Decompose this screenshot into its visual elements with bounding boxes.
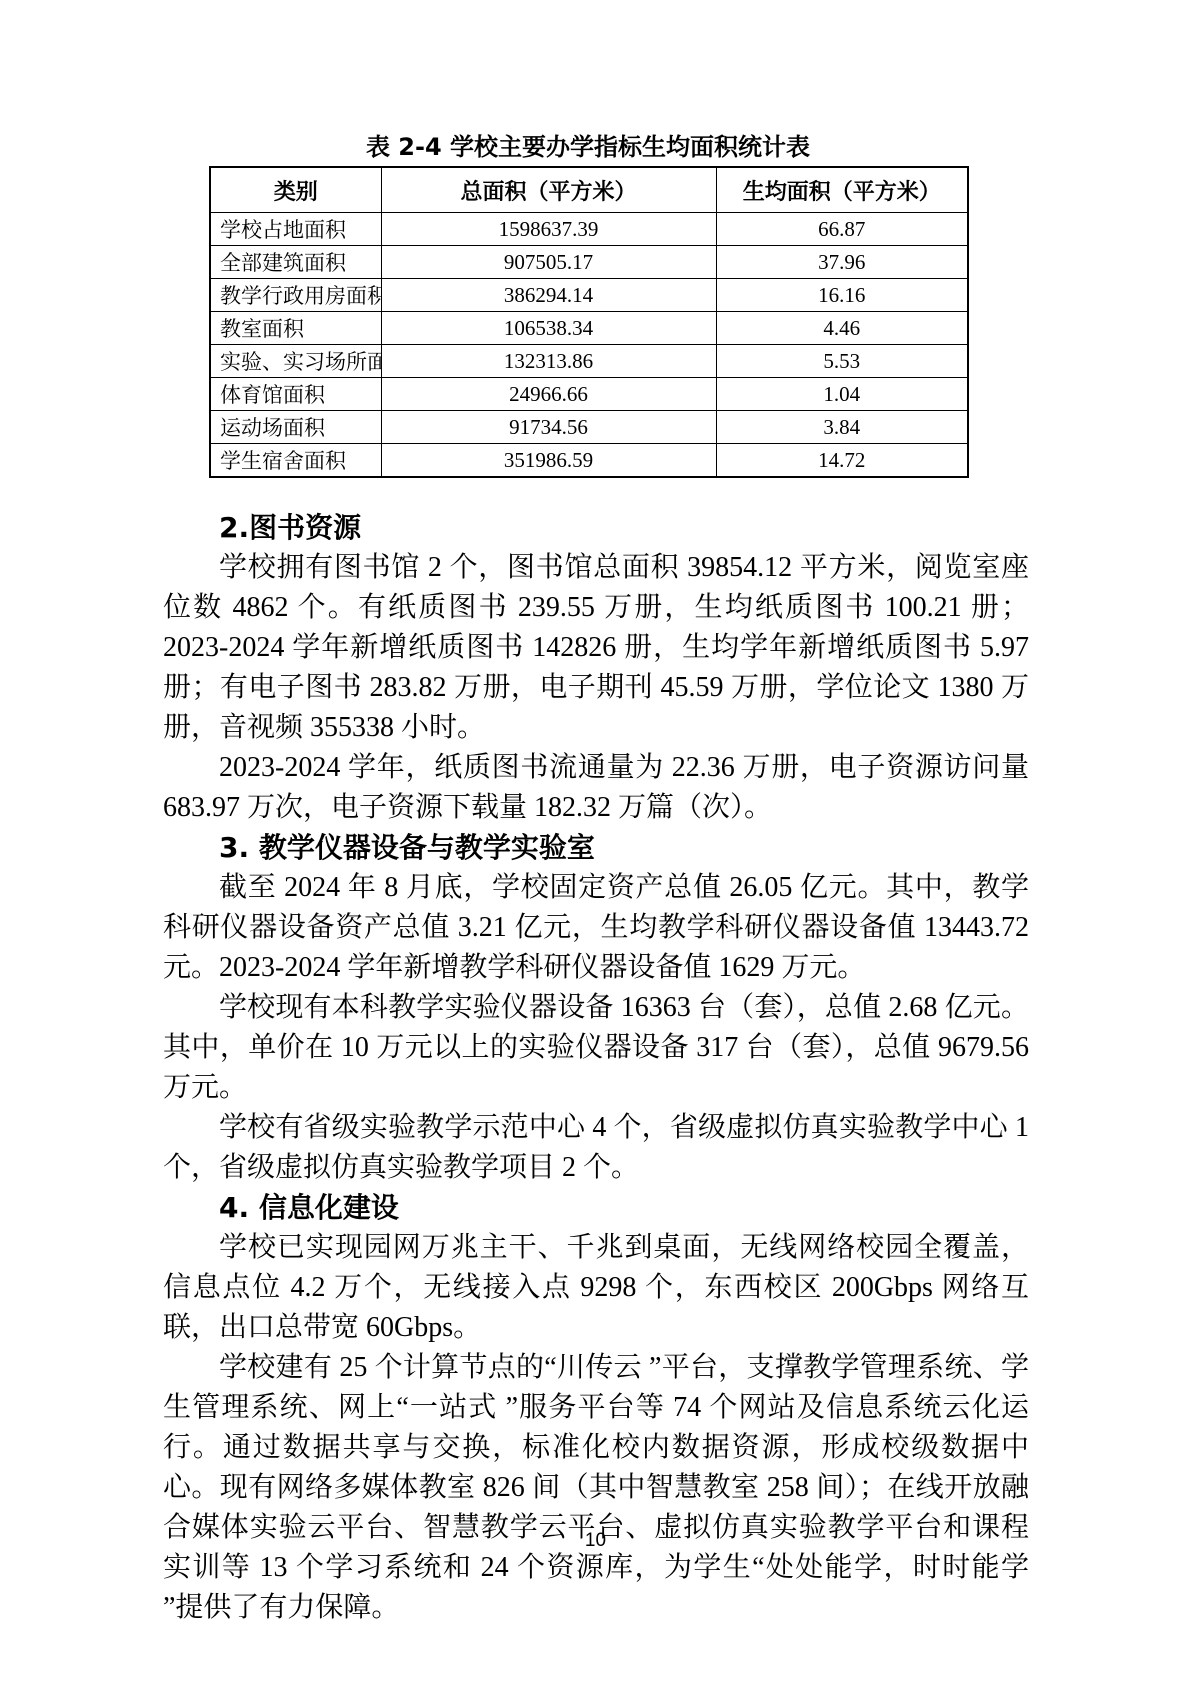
cell-category: 运动场面积 [210,411,381,444]
paragraph: 学校有省级实验教学示范中心 4 个，省级虚拟仿真实验教学中心 1 个，省级虚拟仿… [163,1108,1029,1188]
stats-table: 类别 总面积（平方米） 生均面积（平方米） 学校占地面积 1598637.39 … [209,166,969,478]
cell-total-area: 351986.59 [381,444,716,478]
cell-total-area: 91734.56 [381,411,716,444]
section-heading-library-resources: 2.图书资源 [163,508,1029,548]
table-row: 学生宿舍面积 351986.59 14.72 [210,444,968,478]
cell-per-student-area: 1.04 [716,378,968,411]
cell-total-area: 386294.14 [381,279,716,312]
page-number: 10 [0,1530,1191,1552]
cell-category: 学校占地面积 [210,213,381,246]
table-row: 全部建筑面积 907505.17 37.96 [210,246,968,279]
section-heading-informatization: 4. 信息化建设 [163,1188,1029,1228]
table-row: 体育馆面积 24966.66 1.04 [210,378,968,411]
table-row: 教学行政用房面积 386294.14 16.16 [210,279,968,312]
paragraph: 学校已实现园网万兆主干、千兆到桌面，无线网络校园全覆盖，信息点位 4.2 万个，… [163,1228,1029,1348]
cell-total-area: 24966.66 [381,378,716,411]
cell-per-student-area: 3.84 [716,411,968,444]
cell-category: 体育馆面积 [210,378,381,411]
table-row: 运动场面积 91734.56 3.84 [210,411,968,444]
table-header-row: 类别 总面积（平方米） 生均面积（平方米） [210,167,968,213]
cell-category: 教室面积 [210,312,381,345]
cell-per-student-area: 14.72 [716,444,968,478]
table-row: 教室面积 106538.34 4.46 [210,312,968,345]
cell-total-area: 1598637.39 [381,213,716,246]
section-heading-teaching-equipment: 3. 教学仪器设备与教学实验室 [163,828,1029,868]
header-category: 类别 [210,167,381,213]
table-row: 学校占地面积 1598637.39 66.87 [210,213,968,246]
cell-total-area: 132313.86 [381,345,716,378]
header-total-area: 总面积（平方米） [381,167,716,213]
paragraph: 截至 2024 年 8 月底，学校固定资产总值 26.05 亿元。其中，教学科研… [163,868,1029,988]
cell-total-area: 907505.17 [381,246,716,279]
paragraph: 学校建有 25 个计算节点的“川传云 ”平台，支撑教学管理系统、学生管理系统、网… [163,1348,1029,1628]
cell-total-area: 106538.34 [381,312,716,345]
paragraph: 学校现有本科教学实验仪器设备 16363 台（套），总值 2.68 亿元。其中，… [163,988,1029,1108]
header-per-student-area: 生均面积（平方米） [716,167,968,213]
cell-per-student-area: 4.46 [716,312,968,345]
cell-category: 实验、实习场所面积 [210,345,381,378]
document-content: 表 2-4 学校主要办学指标生均面积统计表 类别 总面积（平方米） 生均面积（平… [163,128,1029,1628]
table-row: 实验、实习场所面积 132313.86 5.53 [210,345,968,378]
cell-category: 学生宿舍面积 [210,444,381,478]
paragraph: 2023-2024 学年，纸质图书流通量为 22.36 万册，电子资源访问量 6… [163,748,1029,828]
table-caption: 表 2-4 学校主要办学指标生均面积统计表 [209,128,967,166]
cell-per-student-area: 16.16 [716,279,968,312]
body-text: 2.图书资源 学校拥有图书馆 2 个，图书馆总面积 39854.12 平方米，阅… [163,508,1029,1628]
paragraph: 学校拥有图书馆 2 个，图书馆总面积 39854.12 平方米，阅览室座位数 4… [163,548,1029,748]
cell-category: 教学行政用房面积 [210,279,381,312]
cell-category: 全部建筑面积 [210,246,381,279]
cell-per-student-area: 66.87 [716,213,968,246]
cell-per-student-area: 37.96 [716,246,968,279]
document-page: 表 2-4 学校主要办学指标生均面积统计表 类别 总面积（平方米） 生均面积（平… [0,0,1191,1684]
cell-per-student-area: 5.53 [716,345,968,378]
